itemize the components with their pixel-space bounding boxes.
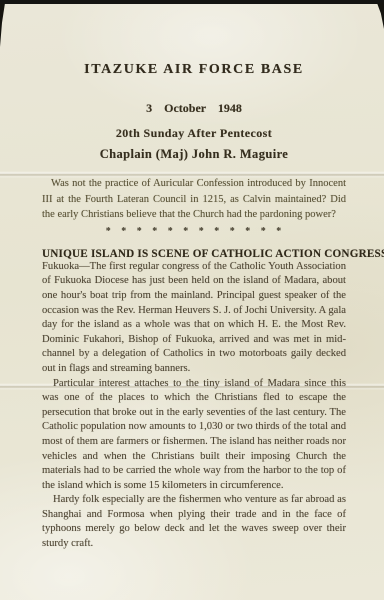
chaplain-name: Chaplain (Maj) John R. Maguire: [42, 147, 346, 162]
article-paragraph: Hardy folk especially are the fishermen …: [42, 493, 346, 551]
bulletin-date: 3 October 1948: [42, 101, 346, 116]
catechism-question-paragraph: Was not the practice of Auricular Confes…: [42, 176, 346, 223]
scanned-bulletin-page: ITAZUKE AIR FORCE BASE 3 October 1948 20…: [0, 0, 384, 600]
base-title: ITAZUKE AIR FORCE BASE: [42, 62, 346, 78]
asterisk-separator: * * * * * * * * * * * *: [42, 226, 346, 237]
article-headline: UNIQUE ISLAND IS SCENE OF CATHOLIC ACTIO…: [42, 248, 346, 260]
article-paragraph: Particular interest attaches to the tiny…: [42, 377, 346, 494]
article-body: Fukuoka—The first regular congress of th…: [42, 260, 346, 552]
liturgical-occasion: 20th Sunday After Pentecost: [42, 126, 346, 141]
bulletin-content: ITAZUKE AIR FORCE BASE 3 October 1948 20…: [0, 0, 384, 600]
article-paragraph: Fukuoka—The first regular congress of th…: [42, 260, 346, 377]
